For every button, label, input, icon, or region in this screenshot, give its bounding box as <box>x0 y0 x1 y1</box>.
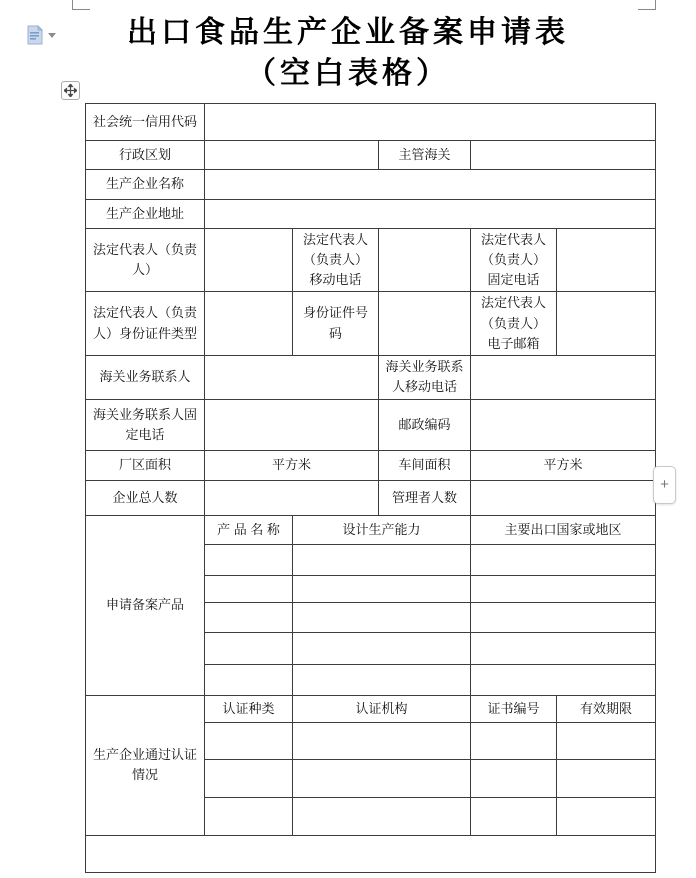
id-number-value-cell[interactable] <box>379 292 471 355</box>
product-name-cell[interactable] <box>205 602 293 632</box>
managers-label: 管理者人数 <box>379 480 471 515</box>
cert-body-cell[interactable] <box>293 797 471 835</box>
managers-value-cell[interactable] <box>471 480 656 515</box>
cert-type-cell[interactable] <box>205 759 293 797</box>
cert-number-cell[interactable] <box>471 797 557 835</box>
credit-code-value-cell[interactable] <box>205 104 656 141</box>
product-name-cell[interactable] <box>205 664 293 695</box>
cert-validity-header: 有效期限 <box>557 695 656 722</box>
page-title: 出口食品生产企业备案申请表 （空白表格） <box>0 12 696 94</box>
factory-area-label: 厂区面积 <box>86 450 205 480</box>
cert-type-header: 认证种类 <box>205 695 293 722</box>
postal-code-value-cell[interactable] <box>471 399 656 450</box>
workshop-area-value-cell[interactable]: 平方米 <box>471 450 656 480</box>
insert-row-button[interactable]: + <box>653 466 676 504</box>
design-capacity-cell[interactable] <box>293 632 471 664</box>
legal-rep-id-type-value-cell[interactable] <box>205 292 293 355</box>
export-region-header: 主要出口国家或地区 <box>471 515 656 544</box>
title-line-2: （空白表格） <box>0 53 696 94</box>
design-capacity-header: 设计生产能力 <box>293 515 471 544</box>
legal-rep-label: 法定代表人（负责人） <box>86 229 205 292</box>
legal-rep-mobile-label: 法定代表人（负责人）移动电话 <box>293 229 379 292</box>
text-boundary-mark-top-right <box>638 0 656 10</box>
postal-code-label: 邮政编码 <box>379 399 471 450</box>
footer-empty-cell[interactable] <box>86 835 656 872</box>
customs-contact-mobile-label: 海关业务联系人移动电话 <box>379 355 471 399</box>
product-name-header: 产 品 名 称 <box>205 515 293 544</box>
cert-number-cell[interactable] <box>471 722 557 759</box>
total-staff-label: 企业总人数 <box>86 480 205 515</box>
product-name-cell[interactable] <box>205 632 293 664</box>
credit-code-label: 社会统一信用代码 <box>86 104 205 141</box>
design-capacity-cell[interactable] <box>293 664 471 695</box>
export-region-cell[interactable] <box>471 602 656 632</box>
cert-body-cell[interactable] <box>293 759 471 797</box>
legal-rep-mobile-value-cell[interactable] <box>379 229 471 292</box>
cert-validity-cell[interactable] <box>557 759 656 797</box>
legal-rep-id-type-label: 法定代表人（负责人）身份证件类型 <box>86 292 205 355</box>
customs-value-cell[interactable] <box>471 141 656 170</box>
total-staff-value-cell[interactable] <box>205 480 379 515</box>
legal-rep-email-label: 法定代表人（负责人）电子邮箱 <box>471 292 557 355</box>
legal-rep-landline-label: 法定代表人（负责人）固定电话 <box>471 229 557 292</box>
admin-division-value-cell[interactable] <box>205 141 379 170</box>
cert-validity-cell[interactable] <box>557 797 656 835</box>
customs-contact-mobile-value-cell[interactable] <box>471 355 656 399</box>
customs-contact-value-cell[interactable] <box>205 355 379 399</box>
export-region-cell[interactable] <box>471 632 656 664</box>
product-name-cell[interactable] <box>205 575 293 602</box>
legal-rep-email-value-cell[interactable] <box>557 292 656 355</box>
customs-contact-label: 海关业务联系人 <box>86 355 205 399</box>
customs-contact-landline-value-cell[interactable] <box>205 399 379 450</box>
title-line-1: 出口食品生产企业备案申请表 <box>0 12 696 53</box>
admin-division-label: 行政区划 <box>86 141 205 170</box>
export-region-cell[interactable] <box>471 575 656 602</box>
application-form-table: 社会统一信用代码 行政区划 主管海关 生产企业名称 生产企业地址 法定代表人（负… <box>85 103 656 873</box>
legal-rep-landline-value-cell[interactable] <box>557 229 656 292</box>
design-capacity-cell[interactable] <box>293 575 471 602</box>
products-section-label: 申请备案产品 <box>86 515 205 695</box>
enterprise-name-value-cell[interactable] <box>205 170 656 200</box>
cert-section-label: 生产企业通过认证情况 <box>86 695 205 835</box>
cert-type-cell[interactable] <box>205 797 293 835</box>
factory-area-value-cell[interactable]: 平方米 <box>205 450 379 480</box>
design-capacity-cell[interactable] <box>293 544 471 575</box>
legal-rep-value-cell[interactable] <box>205 229 293 292</box>
product-name-cell[interactable] <box>205 544 293 575</box>
enterprise-address-value-cell[interactable] <box>205 200 656 229</box>
workshop-area-label: 车间面积 <box>379 450 471 480</box>
text-boundary-mark-top-left <box>72 0 90 10</box>
design-capacity-cell[interactable] <box>293 602 471 632</box>
customs-label: 主管海关 <box>379 141 471 170</box>
export-region-cell[interactable] <box>471 664 656 695</box>
enterprise-address-label: 生产企业地址 <box>86 200 205 229</box>
cert-number-cell[interactable] <box>471 759 557 797</box>
export-region-cell[interactable] <box>471 544 656 575</box>
cert-number-header: 证书编号 <box>471 695 557 722</box>
cert-body-cell[interactable] <box>293 722 471 759</box>
cert-type-cell[interactable] <box>205 722 293 759</box>
customs-contact-landline-label: 海关业务联系人固定电话 <box>86 399 205 450</box>
cert-body-header: 认证机构 <box>293 695 471 722</box>
document-page: + 出口食品生产企业备案申请表 （空白表格） 社会统一信用代码 行政区划 主管海… <box>0 0 696 878</box>
cert-validity-cell[interactable] <box>557 722 656 759</box>
enterprise-name-label: 生产企业名称 <box>86 170 205 200</box>
id-number-label: 身份证件号码 <box>293 292 379 355</box>
